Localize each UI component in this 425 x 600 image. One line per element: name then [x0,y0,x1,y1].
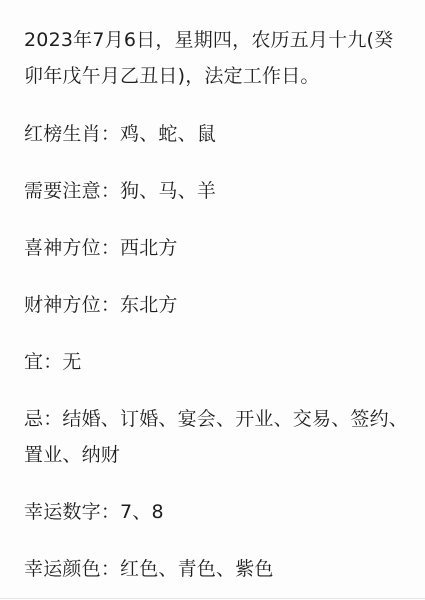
separator: ： [101,237,120,259]
article-body: 2023年7月6日，星期四，农历五月十九(癸卯年戊午月乙丑日)，法定工作日。 红… [24,22,409,600]
separator: ： [101,294,120,316]
suitable-value: 无 [62,351,81,373]
wealth-god-direction-line: 财神方位：东北方 [24,287,409,323]
joy-god-direction-value: 西北方 [120,237,178,259]
separator: ： [43,351,62,373]
wealth-god-direction-value: 东北方 [120,294,178,316]
lucky-zodiac-label: 红榜生肖 [24,123,101,145]
caution-zodiac-value: 狗、马、羊 [120,180,216,202]
separator: ： [101,501,120,523]
date-intro: 2023年7月6日，星期四，农历五月十九(癸卯年戊午月乙丑日)，法定工作日。 [24,22,409,94]
avoid-label: 忌 [24,408,43,430]
suitable-label: 宜 [24,351,43,373]
suitable-line: 宜：无 [24,344,409,380]
lucky-zodiac-line: 红榜生肖：鸡、蛇、鼠 [24,116,409,152]
joy-god-direction-label: 喜神方位 [24,237,101,259]
lucky-numbers-label: 幸运数字 [24,501,101,523]
separator: ： [101,123,120,145]
separator: ： [101,180,120,202]
lucky-numbers-value: 7、8 [120,501,164,523]
wealth-god-direction-label: 财神方位 [24,294,101,316]
separator: ： [43,408,62,430]
avoid-line: 忌：结婚、订婚、宴会、开业、交易、签约、置业、纳财 [24,401,409,473]
avoid-value: 结婚、订婚、宴会、开业、交易、签约、置业、纳财 [24,408,408,466]
lucky-colors-value: 红色、青色、紫色 [120,558,274,580]
lucky-zodiac-value: 鸡、蛇、鼠 [120,123,216,145]
caution-zodiac-label: 需要注意 [24,180,101,202]
bottom-divider [0,598,425,599]
lucky-colors-label: 幸运颜色 [24,558,101,580]
caution-zodiac-line: 需要注意：狗、马、羊 [24,173,409,209]
joy-god-direction-line: 喜神方位：西北方 [24,230,409,266]
separator: ： [101,558,120,580]
lucky-numbers-line: 幸运数字：7、8 [24,494,409,530]
lucky-colors-line: 幸运颜色：红色、青色、紫色 [24,551,409,587]
